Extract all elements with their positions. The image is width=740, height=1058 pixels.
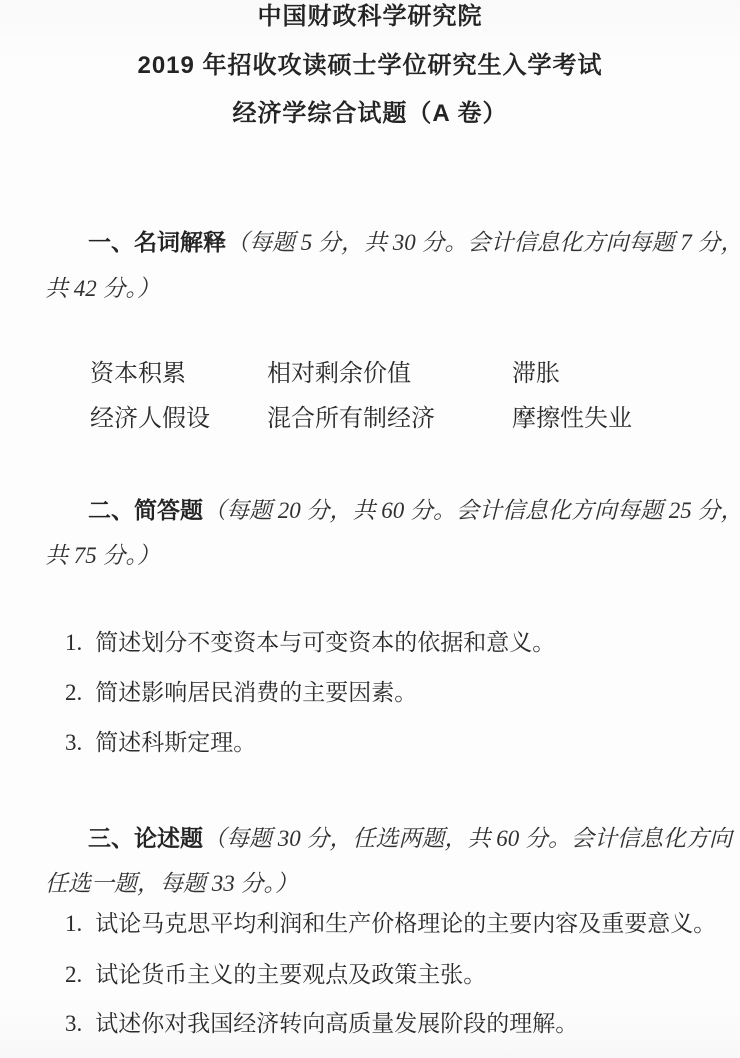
section-1-heading: 一、名词解释: [88, 229, 226, 255]
section-2-heading: 二、简答题: [88, 497, 203, 523]
section-3-note-part1: （每题 30 分，任选两题，共 60 分。会计信息化方向: [203, 826, 732, 851]
exam-title-institution: 中国财政科学研究院: [0, 3, 740, 30]
question-item: 1.试论马克思平均利润和生产价格理论的主要内容及重要意义。: [65, 910, 716, 937]
section-1-note-part1: （每题 5 分，共 30 分。会计信息化方向每题 7 分，: [226, 230, 740, 255]
section-1-heading-line: 一、名词解释（每题 5 分，共 30 分。会计信息化方向每题 7 分，: [88, 229, 740, 256]
term-item: 相对剩余价值: [267, 361, 411, 388]
question-number: 1.: [65, 629, 82, 656]
section-3-heading: 三、论述题: [88, 825, 203, 851]
section-2-note-part1: （每题 20 分，共 60 分。会计信息化方向每题 25 分，: [203, 498, 740, 523]
term-item: 资本积累: [90, 361, 186, 388]
question-text: 简述科斯定理。: [95, 730, 256, 755]
question-item: 2.简述影响居民消费的主要因素。: [65, 679, 417, 706]
section-3-heading-line: 三、论述题（每题 30 分，任选两题，共 60 分。会计信息化方向: [88, 825, 732, 852]
section-1-note-part2: 共 42 分。）: [45, 275, 160, 302]
question-text: 简述影响居民消费的主要因素。: [95, 680, 417, 705]
exam-paper-page: 中国财政科学研究院 2019 年招收攻读硕士学位研究生入学考试 经济学综合试题（…: [0, 0, 740, 1058]
section-2-heading-line: 二、简答题（每题 20 分，共 60 分。会计信息化方向每题 25 分，: [88, 497, 740, 524]
section-2-note-part2: 共 75 分。）: [45, 542, 160, 569]
term-item: 滞胀: [512, 361, 560, 388]
question-item: 1.简述划分不变资本与可变资本的依据和意义。: [65, 629, 555, 656]
question-text: 试论马克思平均利润和生产价格理论的主要内容及重要意义。: [95, 911, 716, 936]
question-number: 2.: [65, 679, 82, 706]
term-item: 摩擦性失业: [512, 406, 632, 433]
question-text: 试论货币主义的主要观点及政策主张。: [95, 962, 486, 987]
term-item: 混合所有制经济: [267, 406, 435, 433]
question-item: 2.试论货币主义的主要观点及政策主张。: [65, 961, 486, 988]
question-item: 3.简述科斯定理。: [65, 729, 256, 756]
question-number: 3.: [65, 729, 82, 756]
question-text: 简述划分不变资本与可变资本的依据和意义。: [95, 630, 555, 655]
question-number: 1.: [65, 910, 82, 937]
question-text: 试述你对我国经济转向高质量发展阶段的理解。: [95, 1011, 578, 1036]
exam-title-subject: 经济学综合试题（A 卷）: [0, 100, 740, 127]
term-item: 经济人假设: [90, 406, 210, 433]
question-item: 3.试述你对我国经济转向高质量发展阶段的理解。: [65, 1010, 578, 1037]
exam-title-year-program: 2019 年招收攻读硕士学位研究生入学考试: [0, 52, 740, 79]
question-number: 3.: [65, 1010, 82, 1037]
question-number: 2.: [65, 961, 82, 988]
section-3-note-part2: 任选一题，每题 33 分。）: [45, 870, 298, 897]
